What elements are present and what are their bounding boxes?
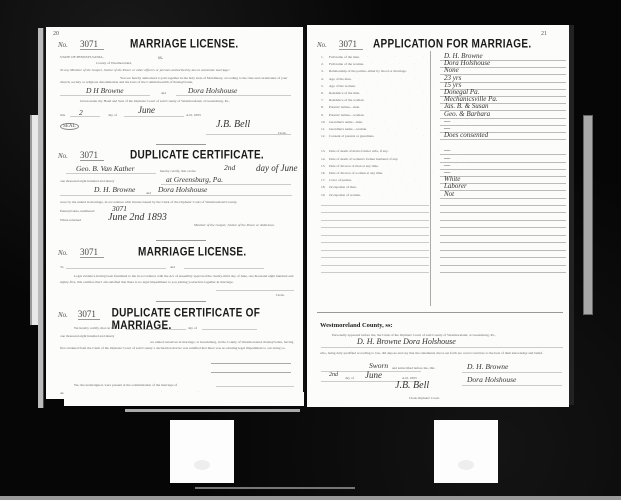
field-value-line [440, 198, 566, 199]
field-label: Date of death of woman's former husband,… [329, 157, 398, 161]
certifier-name: Geo. B. Van Kather [76, 164, 135, 173]
no-label: No. [58, 41, 80, 49]
field-label: Date of death of man's former wife, if a… [329, 149, 389, 153]
left-page: 20 No. 3071 MARRIAGE LICENSE. STATE OF P… [46, 27, 305, 399]
field-label: Guardian's name—man. [329, 120, 363, 124]
field-label: Color of parties. [329, 178, 352, 182]
field-value: Does consented [444, 131, 488, 139]
clerk-label: Clerk. [278, 131, 287, 135]
blank-rule [440, 235, 566, 236]
given-under-text: Given under my Hand and Seal of the Orph… [60, 99, 295, 103]
sworn-text: who, being duly qualified according to l… [320, 351, 562, 355]
bride-line [176, 95, 291, 96]
field-label: Age of the woman. [329, 84, 356, 88]
witness-line [216, 386, 294, 387]
section-title: APPLICATION FOR MARRIAGE. [373, 38, 531, 51]
groom-line [60, 95, 150, 96]
field-label: Guardian's name—woman. [329, 127, 367, 131]
duplicate-certificate-header: No. 3071 DUPLICATE CERTIFICATE. [58, 150, 264, 161]
blank-rule [321, 227, 429, 228]
certify-text: hereby certify, that on the [160, 169, 196, 173]
left-binding [38, 28, 44, 408]
field-label: Parents' names—woman. [329, 113, 364, 117]
field-number: 16. [321, 171, 329, 175]
blank-rule [321, 212, 429, 213]
month-line [124, 116, 184, 117]
field-label: Residence of the man. [329, 91, 360, 95]
blank-rule [440, 205, 566, 206]
field-label: Consent of parents or guardians. [329, 134, 374, 138]
clerk-signature: J.B. Bell [395, 380, 429, 391]
when-returned-text: When returned [60, 218, 81, 222]
ss-mark: ss. [158, 57, 163, 61]
blank-rule [321, 265, 429, 266]
field-label: Date of divorce of man at any time. [329, 164, 379, 168]
state-line: STATE OF PENNSYLVANIA, [60, 55, 104, 59]
blank-rule [321, 220, 429, 221]
field-number: 4. [321, 77, 329, 81]
field-number: 1. [321, 55, 329, 59]
and-text: and [170, 265, 175, 269]
field-number: 10. [321, 120, 329, 124]
field-number: 6. [321, 91, 329, 95]
blank-rule [440, 272, 566, 273]
blank-rule [440, 220, 566, 221]
field-value-line [440, 154, 566, 155]
application-number: 3071 [339, 39, 363, 50]
blank-rule [440, 265, 566, 266]
returned-value: June 2nd 1893 [108, 212, 167, 223]
field-label: Date of divorce of woman at any time. [329, 171, 383, 175]
county-heading: Westmoreland County, ss: [320, 322, 393, 329]
blank-rule [440, 242, 566, 243]
field-value-line [440, 125, 566, 126]
signature-line [211, 372, 291, 373]
field-number: 11. [321, 127, 329, 131]
signature-line [211, 363, 291, 364]
county-line: County of Westmoreland, [96, 61, 132, 65]
minister-label: Minister of the Gospel, Justice of the P… [194, 223, 294, 227]
right-page: 21 No. 3071 APPLICATION FOR MARRIAGE. 1.… [307, 25, 569, 407]
field-label: Parents' names—man. [329, 105, 360, 109]
blank-rule [440, 212, 566, 213]
to-text: To [60, 265, 64, 269]
and-line [184, 268, 264, 269]
marriage-license-header: No. 3071 MARRIAGE LICENSE. [58, 39, 238, 50]
field-number: 17. [321, 178, 329, 182]
license-number: 3071 [80, 39, 104, 50]
scan-bottom-strip [0, 496, 621, 500]
month-line [202, 329, 257, 330]
field-number: 19. [321, 193, 329, 197]
clerk-label: Clerk Orphans' Court. [409, 396, 440, 400]
field-value-line [440, 139, 566, 140]
sworn-value: Sworn [369, 361, 388, 370]
signature-line-woman [462, 385, 562, 386]
field-label: Full name of the man. [329, 55, 360, 59]
groom-name: D H Browne [86, 86, 124, 95]
blank-card-left [170, 420, 234, 483]
certifier-line [66, 173, 156, 174]
no-label: No. [58, 311, 78, 319]
leader-dots: · · · · · · · · · [407, 69, 471, 73]
blank-rule [440, 257, 566, 258]
leader-dots: · · · · · · · · · [379, 164, 471, 168]
license-number: 3071 [80, 247, 104, 258]
affiant-names: D. H. Browne Dora Holshouse [357, 337, 456, 346]
subscribed-text: and subscribed before me, this [392, 366, 435, 370]
divider [156, 301, 206, 302]
marriage-license-2-header: No. 3071 MARRIAGE LICENSE. [58, 247, 246, 258]
page-shadow-line [125, 409, 300, 412]
signature-woman: Dora Holshouse [467, 375, 516, 384]
blank-rule [321, 257, 429, 258]
field-value: Geo. & Barbara [444, 110, 490, 118]
leader-dots: · · · · · · · · · [361, 193, 471, 197]
application-header: No. 3071 APPLICATION FOR MARRIAGE. [317, 39, 531, 50]
blank-rule [440, 250, 566, 251]
field-label: Occupation of woman. [329, 193, 361, 197]
place-value: at Greensburg, Pa. [166, 175, 223, 184]
blank-rule [440, 227, 566, 228]
field-number: 12. [321, 134, 329, 138]
day-value: 2nd [329, 372, 338, 378]
seal-icon: SEAL [60, 123, 79, 130]
field-label: Age of the man. [329, 77, 352, 81]
month-value: June [365, 370, 382, 380]
signature-man: D. H. Browne [467, 362, 508, 371]
field-value-line [440, 190, 566, 191]
section-title: DUPLICATE CERTIFICATE. [130, 149, 264, 162]
authorization-text: You are hereby authorized to join togeth… [60, 76, 295, 84]
no-label: No. [317, 41, 339, 49]
witness-text: We, the undersigned, were present at the… [74, 383, 177, 387]
field-number: 2. [321, 62, 329, 66]
field-label: Residence of the woman. [329, 98, 364, 102]
field-number: 7. [321, 98, 329, 102]
field-label: Relationship of the parties, either by b… [329, 69, 407, 73]
field-number: 5. [321, 84, 329, 88]
month-value: June [138, 105, 155, 115]
blank-rule [321, 235, 429, 236]
day-value: 2 [79, 108, 83, 117]
day-of-text: day of [188, 326, 197, 330]
blank-card-right [434, 420, 498, 483]
blank-rule [321, 250, 429, 251]
divider [156, 144, 206, 145]
united-text: were by me united in marriage, in accord… [60, 200, 295, 204]
year-text: one thousand eight hundred and ninety [60, 334, 114, 338]
clerk-signature: J.B. Bell [216, 119, 250, 130]
field-value: Not [444, 190, 454, 198]
right-book-edge [583, 115, 593, 315]
leader-dots: · · · · · · · · · [363, 120, 471, 124]
blank-rule [321, 242, 429, 243]
names-line [321, 347, 563, 348]
ad-text: A.D. 1893 [186, 113, 201, 117]
this-text: this [60, 113, 65, 117]
clerk-label: Clerk. [276, 293, 285, 297]
day-of-text: day of June [256, 163, 297, 173]
page-number: 20 [53, 31, 59, 37]
field-number: 13. [321, 149, 329, 153]
bride-name: Dora Holshouse [158, 185, 207, 194]
field-number: 15. [321, 164, 329, 168]
field-number: 3. [321, 69, 329, 73]
field-number: 8. [321, 105, 329, 109]
field-value-line [440, 162, 566, 163]
field-label: Full name of the woman. [329, 62, 364, 66]
day-of-text: day of [345, 376, 354, 380]
section-divider [317, 312, 563, 313]
day-line [70, 116, 100, 117]
names-line [60, 195, 292, 196]
field-number: 14. [321, 157, 329, 161]
day-of-text: day of [108, 113, 117, 117]
page-number: 21 [541, 31, 547, 37]
year-text: one thousand eight hundred and ninety [60, 179, 114, 183]
left-page-bottom [64, 392, 304, 406]
field-label: Occupation of man. [329, 185, 357, 189]
no-label: No. [58, 249, 80, 257]
leader-dots: · · · · · · · · · [389, 149, 472, 153]
section-title: MARRIAGE LICENSE. [138, 246, 246, 259]
clerk-line [216, 290, 294, 291]
day-line [126, 329, 186, 330]
united-text: we united ourselves in marriage, at Gree… [60, 340, 295, 351]
field-value-line [440, 169, 566, 170]
pa-numbered-text: Pennsylvania, numbered [60, 209, 94, 213]
blank-rule [321, 272, 429, 273]
addressee: To any Minister of the Gospel, Justice o… [60, 68, 295, 72]
blank-rule [321, 205, 429, 206]
to-line [66, 268, 166, 269]
divider [156, 240, 206, 241]
no-label: No. [58, 152, 80, 160]
certify-text: We hereby certify, that on the [74, 326, 115, 330]
signature-line-man [462, 372, 562, 373]
groom-name: D. H. Browne [94, 185, 135, 194]
and-text: and [161, 91, 166, 95]
certificate-number: 3071 [78, 309, 100, 320]
field-number: 18. [321, 185, 329, 189]
certificate-number: 3071 [80, 150, 104, 161]
bride-name: Dora Holshouse [188, 86, 237, 95]
scan-artifact-line [195, 487, 355, 489]
field-value-line [440, 118, 566, 119]
legal-text: Legal evidence having been furnished to … [60, 274, 295, 285]
day-value: 2nd [224, 163, 235, 172]
section-title: MARRIAGE LICENSE. [130, 38, 238, 51]
field-number: 9. [321, 113, 329, 117]
leader-dots: · · · · · · · · · [398, 157, 471, 161]
